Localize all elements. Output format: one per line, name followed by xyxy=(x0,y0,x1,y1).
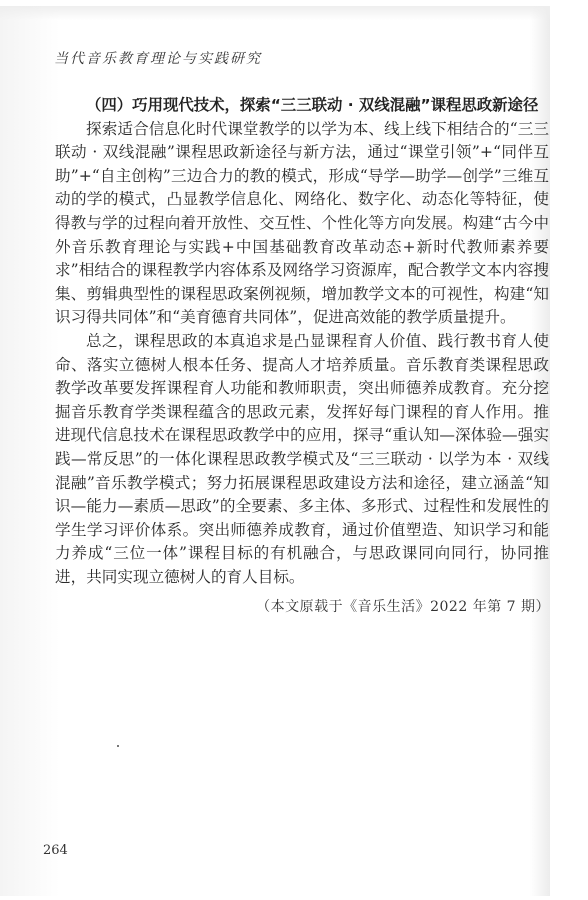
running-head: 当代音乐教育理论与实践研究 xyxy=(54,48,262,68)
scan-speck xyxy=(117,745,119,747)
paragraph-2: 总之，课程思政的本真追求是凸显课程育人价值、践行教书育人使命、落实立德树人根本任… xyxy=(55,330,549,590)
page-number: 264 xyxy=(43,843,68,858)
section-heading: （四）巧用现代技术，探索“三三联动 · 双线混融”课程思政新途径 xyxy=(55,94,549,118)
citation: （本文原载于《音乐生活》2022 年第 7 期） xyxy=(256,596,550,616)
body-text: （四）巧用现代技术，探索“三三联动 · 双线混融”课程思政新途径 探索适合信息化… xyxy=(55,94,549,589)
page-shadow xyxy=(0,6,550,20)
paragraph-1: 探索适合信息化时代课堂教学的以学为本、线上线下相结合的“三三联动 · 双线混融”… xyxy=(55,118,549,330)
